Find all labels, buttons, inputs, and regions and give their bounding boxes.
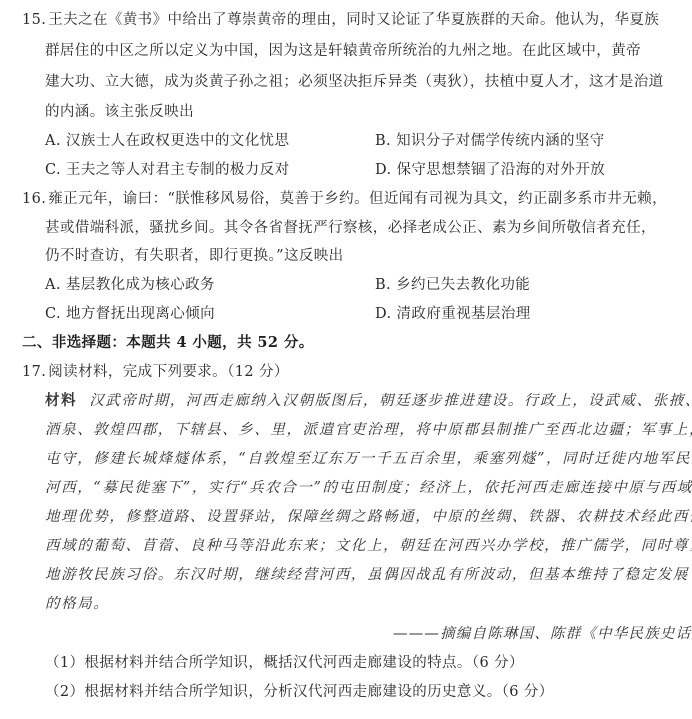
- q17-material-line-4: 河西，“募民徙塞下”，实行“兵农合一”的屯田制度；经济上，依托河西走廊连接中原与…: [45, 478, 692, 498]
- q16-option-b: B. 乡约已失去教化功能: [375, 275, 530, 295]
- q17-material-line-8: 的格局。: [45, 594, 109, 614]
- q16-stem-line-3: 仍不时查访，有失职者，即行更换。”这反映出: [45, 246, 344, 266]
- q15-stem-line-1: 15.王夫之在《黄书》中给出了尊崇黄帝的理由，同时又论证了华夏族群的天命。他认为…: [22, 10, 659, 30]
- q16-option-c: C. 地方督抚出现离心倾向: [45, 304, 215, 324]
- q17-sub-question-1: （1）根据材料并结合所学知识，概括汉代河西走廊建设的特点。（6 分）: [45, 653, 524, 673]
- section-2-heading: 二、非选择题：本题共 4 小题，共 52 分。: [22, 333, 314, 353]
- q15-stem-line-4: 的内涵。该主张反映出: [45, 102, 194, 122]
- q16-stem-line-1: 16.雍正元年，谕曰：“朕惟移风易俗，莫善于乡约。但近闻有司视为具文，约正副多系…: [22, 189, 667, 209]
- q15-option-b: B. 知识分子对儒学传统内涵的坚守: [375, 131, 605, 151]
- q17-material-line-6: 西域的葡萄、苜蓿、良种马等沿此东来；文化上，朝廷在河西兴办学校，推广儒学，同时尊…: [45, 536, 692, 556]
- q15-number: 15.: [22, 12, 46, 28]
- q15-option-c: C. 王夫之等人对君主专制的极力反对: [45, 160, 290, 180]
- q17-material-line-5: 地理优势，修整道路、设置驿站，保障丝绸之路畅通，中原的丝绸、铁器、农耕技术经此西…: [45, 507, 692, 527]
- q17-sub-question-2: （2）根据材料并结合所学知识，分析汉代河西走廊建设的历史意义。（6 分）: [45, 682, 554, 702]
- q17-material-line-3: 屯守，修建长城烽燧体系，“自敦煌至辽东万一千五百余里，乘塞列燧”，同时迁徙内地军…: [45, 449, 692, 469]
- q16-number: 16.: [22, 191, 46, 207]
- q17-material-line-7: 地游牧民族习俗。东汉时期，继续经营河西，虽偶因战乱有所波动，但基本维持了稳定发展: [45, 565, 689, 585]
- q15-stem-line-2: 群居住的中区之所以定义为中国，因为这是轩辕黄帝所统治的九州之地。在此区域中，黄帝: [45, 41, 641, 61]
- q15-option-a: A. 汉族士人在政权更迭中的文化忧思: [45, 131, 289, 151]
- material-label: 材料: [45, 392, 77, 409]
- q16-option-d: D. 清政府重视基层治理: [375, 304, 531, 324]
- q16-option-a: A. 基层教化成为核心政务: [45, 275, 215, 295]
- exam-page: 15.王夫之在《黄书》中给出了尊崇黄帝的理由，同时又论证了华夏族群的天命。他认为…: [0, 0, 692, 719]
- q17-material-line-2: 酒泉、敦煌四郡，下辖县、乡、里，派遣官吏治理，将中原郡县制推广至西北边疆；军事上…: [45, 420, 692, 440]
- q17-prompt: 17.阅读材料，完成下列要求。（12 分）: [22, 362, 289, 382]
- q17-material-line-1: 材料汉武帝时期，河西走廊纳入汉朝版图后，朝廷逐步推进建设。行政上，设武威、张掖、: [45, 391, 692, 411]
- q17-number: 17.: [22, 364, 46, 380]
- q15-stem-line-3: 建大功、立大德，成为炎黄子孙之祖；必须坚决拒斥异类（夷狄），扶植中夏人才，这才是…: [45, 72, 664, 92]
- q17-material-source: ———摘编自陈琳国、陈群《中华民族史话》: [393, 624, 692, 644]
- q15-option-d: D. 保守思想禁锢了沿海的对外开放: [375, 160, 605, 180]
- q16-stem-line-2: 甚或借端科派，骚扰乡间。其令各省督抚严行察核，必择老成公正、素为乡间所敬信者充任…: [45, 218, 656, 238]
